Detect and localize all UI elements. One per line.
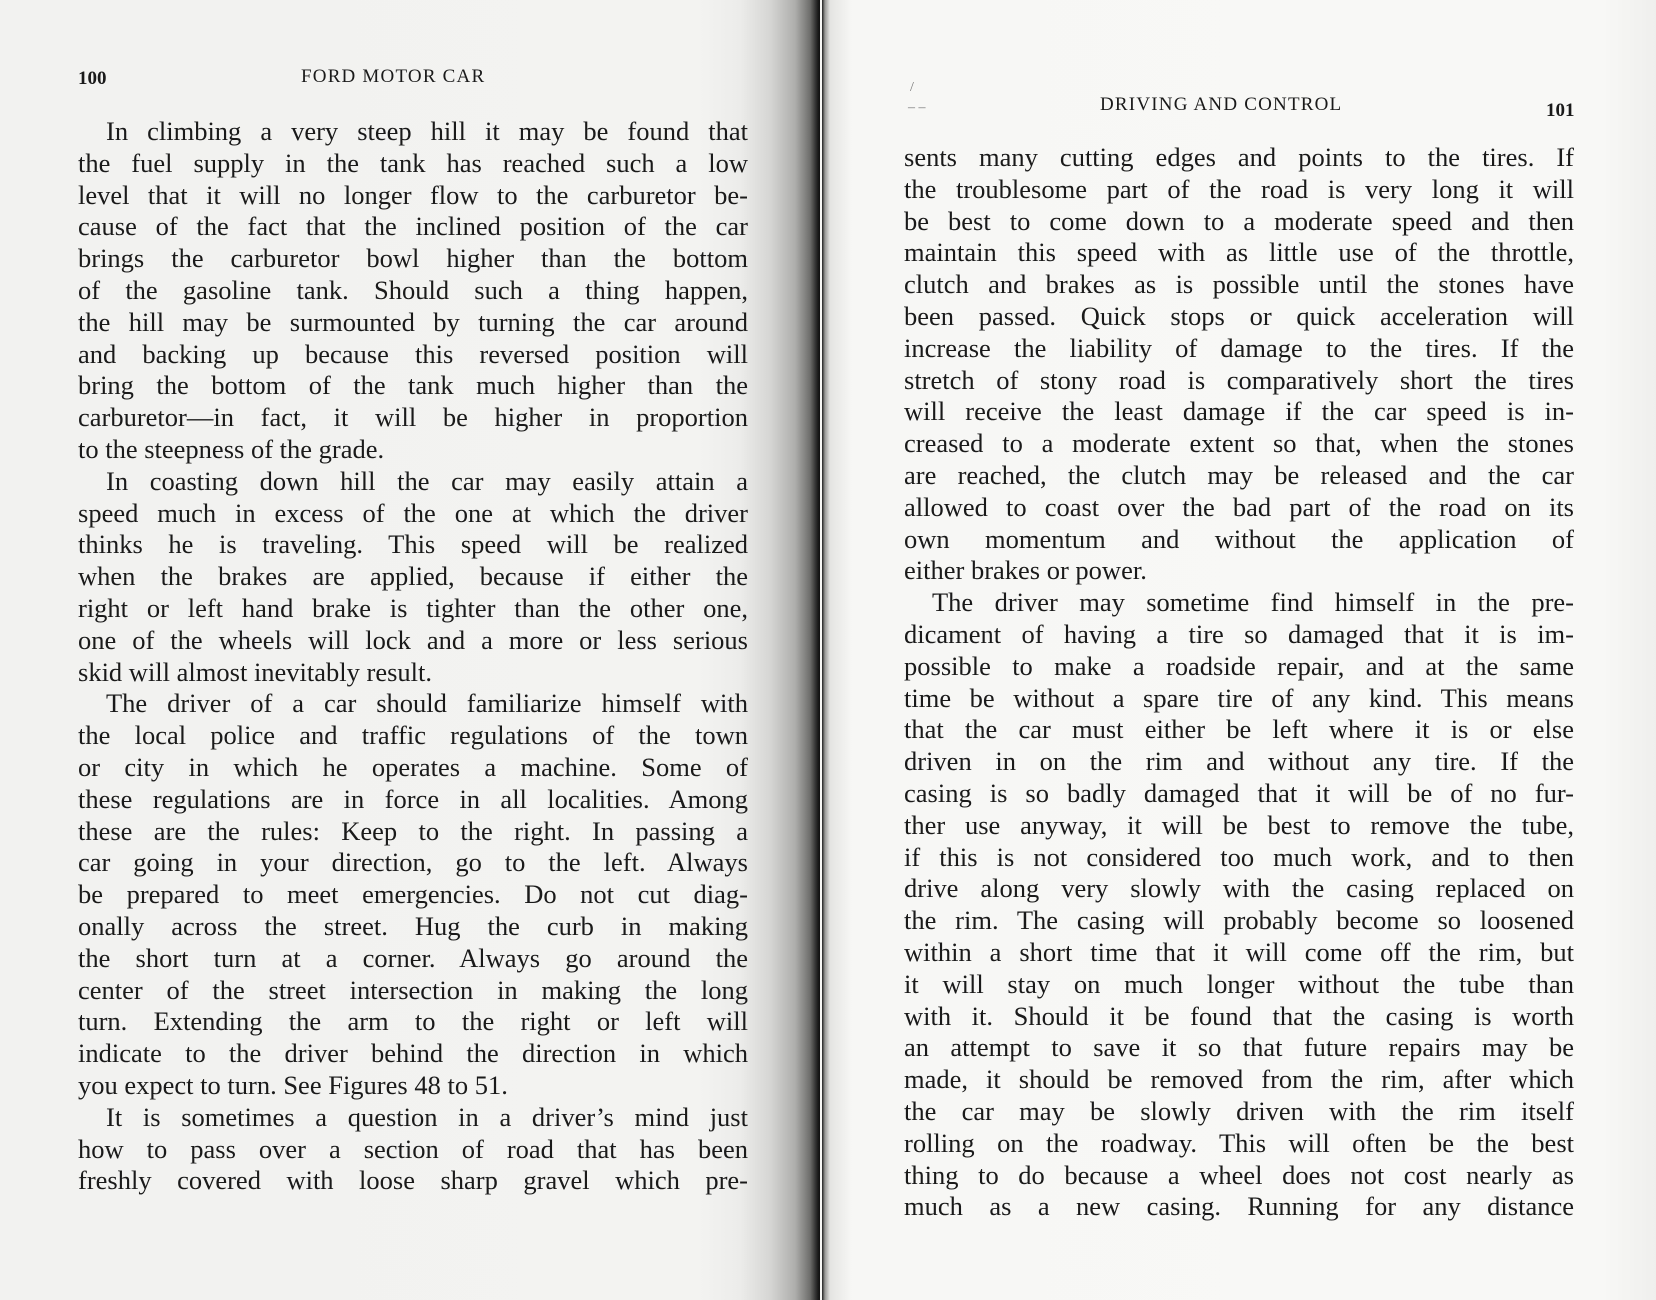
scan-mark: /	[910, 80, 914, 96]
text-line: In climbing a very steep hill it may be …	[78, 116, 748, 148]
left-page-body: In climbing a very steep hill it may be …	[78, 116, 748, 1197]
text-line: it will stay on much longer without the …	[904, 969, 1574, 1001]
text-line: will receive the least damage if the car…	[904, 396, 1574, 428]
text-line: and backing up because this reversed pos…	[78, 339, 748, 371]
text-line: maintain this speed with as little use o…	[904, 237, 1574, 269]
text-line: onally across the street. Hug the curb i…	[78, 911, 748, 943]
text-line: one of the wheels will lock and a more o…	[78, 625, 748, 657]
text-line: In coasting down hill the car may easily…	[78, 466, 748, 498]
text-line: dicament of having a tire so damaged tha…	[904, 619, 1574, 651]
text-line: how to pass over a section of road that …	[78, 1134, 748, 1166]
text-line: It is sometimes a question in a driver’s…	[78, 1102, 748, 1134]
text-line: ther use anyway, it will be best to remo…	[904, 810, 1574, 842]
text-line: sents many cutting edges and points to t…	[904, 142, 1574, 174]
text-line: cause of the fact that the inclined posi…	[78, 211, 748, 243]
book-spread: 100 FORD MOTOR CAR In climbing a very st…	[0, 0, 1656, 1300]
text-line: level that it will no longer flow to the…	[78, 180, 748, 212]
paragraph: The driver of a car should familiarize h…	[78, 688, 748, 1101]
text-line: creased to a moderate extent so that, wh…	[904, 428, 1574, 460]
text-line: to the steepness of the grade.	[78, 434, 748, 466]
text-line: allowed to coast over the bad part of th…	[904, 492, 1574, 524]
text-line: time be without a spare tire of any kind…	[904, 683, 1574, 715]
text-line: much as a new casing. Running for any di…	[904, 1191, 1574, 1223]
text-line: are reached, the clutch may be released …	[904, 460, 1574, 492]
text-line: casing is so badly damaged that it will …	[904, 778, 1574, 810]
text-line: you expect to turn. See Figures 48 to 51…	[78, 1070, 748, 1102]
text-line: bring the bottom of the tank much higher…	[78, 370, 748, 402]
text-line: the hill may be surmounted by turning th…	[78, 307, 748, 339]
text-line: clutch and brakes as is possible until t…	[904, 269, 1574, 301]
text-line: been passed. Quick stops or quick accele…	[904, 301, 1574, 333]
text-line: car going in your direction, go to the l…	[78, 847, 748, 879]
text-line: the car may be slowly driven with the ri…	[904, 1096, 1574, 1128]
text-line: carburetor—in fact, it will be higher in…	[78, 402, 748, 434]
text-line: own momentum and without the application…	[904, 524, 1574, 556]
text-line: the local police and traffic regulations…	[78, 720, 748, 752]
text-line: the rim. The casing will probably become…	[904, 905, 1574, 937]
text-line: possible to make a roadside repair, and …	[904, 651, 1574, 683]
text-line: The driver of a car should familiarize h…	[78, 688, 748, 720]
text-line: The driver may sometime find himself in …	[904, 587, 1574, 619]
left-running-head: FORD MOTOR CAR	[301, 66, 485, 88]
text-line: these are the rules: Keep to the right. …	[78, 816, 748, 848]
text-line: when the brakes are applied, because if …	[78, 561, 748, 593]
scan-mark: – –	[908, 100, 926, 116]
text-line: right or left hand brake is tighter than…	[78, 593, 748, 625]
right-page-number: 101	[1546, 100, 1575, 122]
left-page: 100 FORD MOTOR CAR In climbing a very st…	[0, 0, 820, 1300]
text-line: stretch of stony road is comparatively s…	[904, 365, 1574, 397]
text-line: skid will almost inevitably result.	[78, 657, 748, 689]
text-line: be best to come down to a moderate speed…	[904, 206, 1574, 238]
paragraph: The driver may sometime find himself in …	[904, 587, 1574, 1223]
text-line: within a short time that it will come of…	[904, 937, 1574, 969]
text-line: drive along very slowly with the casing …	[904, 873, 1574, 905]
paragraph: sents many cutting edges and points to t…	[904, 142, 1574, 587]
text-line: thinks he is traveling. This speed will …	[78, 529, 748, 561]
text-line: made, it should be removed from the rim,…	[904, 1064, 1574, 1096]
left-page-number: 100	[78, 68, 107, 90]
text-line: thing to do because a wheel does not cos…	[904, 1160, 1574, 1192]
paragraph: In climbing a very steep hill it may be …	[78, 116, 748, 466]
right-page: / – – DRIVING AND CONTROL 101 sents many…	[822, 0, 1656, 1300]
text-line: the fuel supply in the tank has reached …	[78, 148, 748, 180]
text-line: with it. Should it be found that the cas…	[904, 1001, 1574, 1033]
text-line: freshly covered with loose sharp gravel …	[78, 1165, 748, 1197]
text-line: the troublesome part of the road is very…	[904, 174, 1574, 206]
text-line: or city in which he operates a machine. …	[78, 752, 748, 784]
text-line: be prepared to meet emergencies. Do not …	[78, 879, 748, 911]
paragraph: In coasting down hill the car may easily…	[78, 466, 748, 689]
text-line: if this is not considered too much work,…	[904, 842, 1574, 874]
text-line: indicate to the driver behind the direct…	[78, 1038, 748, 1070]
right-page-body: sents many cutting edges and points to t…	[904, 142, 1574, 1223]
text-line: speed much in excess of the one at which…	[78, 498, 748, 530]
text-line: that the car must either be left where i…	[904, 714, 1574, 746]
text-line: brings the carburetor bowl higher than t…	[78, 243, 748, 275]
text-line: either brakes or power.	[904, 555, 1574, 587]
text-line: the short turn at a corner. Always go ar…	[78, 943, 748, 975]
text-line: turn. Extending the arm to the right or …	[78, 1006, 748, 1038]
paragraph: It is sometimes a question in a driver’s…	[78, 1102, 748, 1197]
right-running-head: DRIVING AND CONTROL	[1100, 94, 1342, 116]
text-line: center of the street intersection in mak…	[78, 975, 748, 1007]
text-line: increase the liability of damage to the …	[904, 333, 1574, 365]
text-line: these regulations are in force in all lo…	[78, 784, 748, 816]
text-line: driven in on the rim and without any tir…	[904, 746, 1574, 778]
text-line: an attempt to save it so that future rep…	[904, 1032, 1574, 1064]
text-line: of the gasoline tank. Should such a thin…	[78, 275, 748, 307]
text-line: rolling on the roadway. This will often …	[904, 1128, 1574, 1160]
